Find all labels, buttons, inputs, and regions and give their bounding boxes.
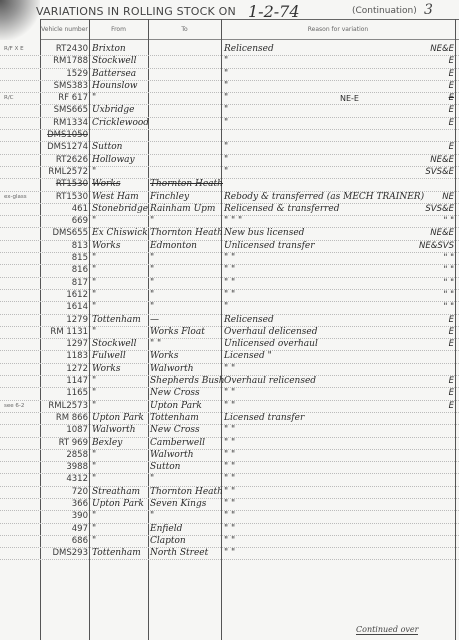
to-location: Walworth	[150, 450, 220, 461]
column-header-vehicle: Vehicle number	[40, 19, 89, 39]
reason-text: " "	[224, 450, 394, 461]
area-code: NE	[398, 192, 454, 203]
vehicle-number: 390	[40, 511, 88, 522]
to-location	[150, 56, 220, 67]
reason-text: " "	[224, 290, 394, 301]
area-code: E	[398, 327, 454, 338]
vehicle-number: 1614	[40, 302, 88, 313]
row-note	[4, 56, 40, 67]
area-code: E	[398, 118, 454, 129]
reason-text: "	[224, 69, 394, 80]
table-row: see 6-2RML2573"Upton Park" "E	[0, 401, 459, 413]
from-location: "	[92, 462, 146, 473]
table-row: 686"Clapton" "	[0, 536, 459, 548]
row-note	[4, 265, 40, 276]
area-code: E	[398, 339, 454, 350]
table-row: 813WorksEdmontonUnlicensed transferNE&SV…	[0, 241, 459, 253]
table-row: 1183FulwellWorksLicensed "	[0, 351, 459, 363]
table-row: R/CRF 617""ENE-E	[0, 93, 459, 105]
reason-text: " "	[224, 536, 394, 547]
reason-text: " "	[224, 388, 394, 399]
area-code	[398, 511, 454, 522]
table-row: RM1788Stockwell"E	[0, 56, 459, 68]
row-note: R/C	[4, 93, 40, 104]
area-code: E	[398, 388, 454, 399]
reason-text: "	[224, 56, 394, 67]
reason-text: Unlicensed transfer	[224, 241, 394, 252]
area-code: " "	[398, 216, 454, 227]
row-note: see 6-2	[4, 401, 40, 412]
from-location: "	[92, 388, 146, 399]
table-row: RT 969BexleyCamberwell" "	[0, 438, 459, 450]
reason-text: " "	[224, 265, 394, 276]
area-code: " "	[398, 278, 454, 289]
vehicle-number: 3988	[40, 462, 88, 473]
from-location: Holloway	[92, 155, 146, 166]
table-row: DMS1274Sutton"E	[0, 142, 459, 154]
row-note	[4, 462, 40, 473]
to-location: —	[150, 315, 220, 326]
to-location: Camberwell	[150, 438, 220, 449]
vehicle-number: 497	[40, 524, 88, 535]
area-code: E	[398, 142, 454, 153]
from-location: "	[92, 511, 146, 522]
page-title: VARIATIONS IN ROLLING STOCK ON	[36, 5, 236, 18]
table-row: 1614"""" "	[0, 302, 459, 314]
area-code	[398, 462, 454, 473]
row-note	[4, 118, 40, 129]
vehicle-number: 1612	[40, 290, 88, 301]
to-location: "	[150, 474, 220, 485]
area-code: " "	[398, 302, 454, 313]
to-location	[150, 130, 220, 141]
vehicle-number: 1087	[40, 425, 88, 436]
vehicle-number: 720	[40, 487, 88, 498]
vehicle-number: RT2626	[40, 155, 88, 166]
from-location: West Ham	[92, 192, 146, 203]
from-location: Brixton	[92, 44, 146, 55]
row-note: R/F X E	[4, 44, 40, 55]
from-location: Stockwell	[92, 56, 146, 67]
area-code	[398, 450, 454, 461]
area-code	[398, 524, 454, 535]
to-location: "	[150, 253, 220, 264]
from-location: Sutton	[92, 142, 146, 153]
from-location: "	[92, 278, 146, 289]
row-note	[4, 388, 40, 399]
table-row: 366Upton ParkSeven Kings" "	[0, 499, 459, 511]
row-note	[4, 142, 40, 153]
row-note	[4, 105, 40, 116]
reason-text: " "	[224, 278, 394, 289]
header-bottom-border	[40, 39, 459, 40]
vehicle-number: DMS1050	[40, 130, 88, 141]
reason-text: " "	[224, 438, 394, 449]
row-note	[4, 351, 40, 362]
to-location: Works Float	[150, 327, 220, 338]
table-row: 1147"Shepherds BushOverhaul relicensedE	[0, 376, 459, 388]
area-code	[398, 179, 454, 190]
reason-text: " "	[224, 462, 394, 473]
scan-shadow	[0, 0, 40, 40]
reason-text: " "	[224, 487, 394, 498]
vehicle-number: 2858	[40, 450, 88, 461]
to-location: Edmonton	[150, 241, 220, 252]
table-row: SMS665Uxbridge"E	[0, 105, 459, 117]
table-row: RT2626Holloway"NE&E	[0, 155, 459, 167]
to-location: New Cross	[150, 388, 220, 399]
column-header-from: From	[89, 19, 148, 39]
continued-note: Continued over	[356, 625, 418, 635]
area-code: NE&E	[398, 44, 454, 55]
reason-text: "	[224, 93, 394, 104]
from-location: "	[92, 376, 146, 387]
to-location: "	[150, 216, 220, 227]
table-row: ex-glassRT1530West HamFinchleyRebody & t…	[0, 192, 459, 204]
table-row: 669""" " "" "	[0, 216, 459, 228]
from-location: Tottenham	[92, 548, 146, 559]
area-code: E	[398, 93, 454, 104]
to-location: "	[150, 290, 220, 301]
table-row: 497"Enfield" "	[0, 524, 459, 536]
from-location: Cricklewood	[92, 118, 146, 129]
area-code	[398, 487, 454, 498]
vehicle-number: SMS383	[40, 81, 88, 92]
row-note	[4, 253, 40, 264]
reason-text: "	[224, 155, 394, 166]
vehicle-number: RF 617	[40, 93, 88, 104]
table-row: DMS655Ex ChiswickThornton HeathNew bus l…	[0, 228, 459, 240]
area-code: SVS&E	[398, 167, 454, 178]
area-code: " "	[398, 290, 454, 301]
row-note	[4, 69, 40, 80]
row-note	[4, 499, 40, 510]
from-location: "	[92, 302, 146, 313]
table-row: 815""" "" "	[0, 253, 459, 265]
page-number: 3	[424, 2, 433, 18]
row-note	[4, 179, 40, 190]
vehicle-number: RM 866	[40, 413, 88, 424]
row-note	[4, 474, 40, 485]
area-code	[398, 351, 454, 362]
row-note	[4, 81, 40, 92]
table-row: 1165"New Cross" "E	[0, 388, 459, 400]
from-location: Battersea	[92, 69, 146, 80]
table-row: 2858"Walworth" "	[0, 450, 459, 462]
area-code: NE&SVS	[398, 241, 454, 252]
to-location: "	[150, 278, 220, 289]
area-code: NE&E	[398, 155, 454, 166]
table-row: SMS383Hounslow"E	[0, 81, 459, 93]
table-row: RM 866Upton ParkTottenhamLicensed transf…	[0, 413, 459, 425]
reason-text: Licensed "	[224, 351, 394, 362]
to-location: Finchley	[150, 192, 220, 203]
reason-text: "	[224, 105, 394, 116]
table-row: RM 1131"Works FloatOverhaul delicensedE	[0, 327, 459, 339]
area-code: NE&E	[398, 228, 454, 239]
row-note	[4, 241, 40, 252]
to-location: Walworth	[150, 364, 220, 375]
row-note	[4, 130, 40, 141]
vehicle-number: DMS1274	[40, 142, 88, 153]
to-location: Sutton	[150, 462, 220, 473]
vehicle-number: 813	[40, 241, 88, 252]
vehicle-number: 686	[40, 536, 88, 547]
to-location: Enfield	[150, 524, 220, 535]
from-location: Upton Park	[92, 499, 146, 510]
area-code	[398, 364, 454, 375]
vehicle-number: RT2430	[40, 44, 88, 55]
reason-text: " "	[224, 524, 394, 535]
from-location: Stonebridge	[92, 204, 146, 215]
to-location: New Cross	[150, 425, 220, 436]
reason-text: New bus licensed	[224, 228, 394, 239]
to-location: " "	[150, 339, 220, 350]
area-code: E	[398, 105, 454, 116]
reason-text: " "	[224, 511, 394, 522]
row-note	[4, 450, 40, 461]
area-code	[398, 536, 454, 547]
area-code	[398, 413, 454, 424]
area-code	[398, 548, 454, 559]
to-location: North Street	[150, 548, 220, 559]
from-location: "	[92, 524, 146, 535]
from-location: "	[92, 253, 146, 264]
reason-text: " "	[224, 425, 394, 436]
to-location: Upton Park	[150, 401, 220, 412]
area-code	[398, 499, 454, 510]
vehicle-number: RT 969	[40, 438, 88, 449]
to-location	[150, 142, 220, 153]
from-location: Ex Chiswick	[92, 228, 146, 239]
row-note	[4, 228, 40, 239]
from-location: Works	[92, 241, 146, 252]
vehicle-number: 816	[40, 265, 88, 276]
table-row: 720StreathamThornton Heath" "	[0, 487, 459, 499]
from-location: Streatham	[92, 487, 146, 498]
vehicle-number: RT1530	[40, 192, 88, 203]
row-note	[4, 425, 40, 436]
vehicle-number: RM 1131	[40, 327, 88, 338]
to-location: Rainham Upm	[150, 204, 220, 215]
reason-text	[224, 130, 394, 141]
row-note	[4, 155, 40, 166]
reason-text: "	[224, 118, 394, 129]
vehicle-number: RML2573	[40, 401, 88, 412]
area-code	[398, 474, 454, 485]
vehicle-number: 1279	[40, 315, 88, 326]
from-location: Upton Park	[92, 413, 146, 424]
vehicle-number: 669	[40, 216, 88, 227]
table-row: 816""" "" "	[0, 265, 459, 277]
vehicle-number: RML2572	[40, 167, 88, 178]
to-location	[150, 118, 220, 129]
reason-text: "	[224, 81, 394, 92]
to-location: Works	[150, 351, 220, 362]
reason-text: Relicensed & transferred	[224, 204, 394, 215]
from-location: Walworth	[92, 425, 146, 436]
reason-text: " "	[224, 364, 394, 375]
vehicle-number: DMS655	[40, 228, 88, 239]
table-row: 390""" "	[0, 511, 459, 523]
to-location	[150, 93, 220, 104]
area-code: E	[398, 376, 454, 387]
vehicle-number: RT1530	[40, 179, 88, 190]
table-row: 1529Battersea"E	[0, 69, 459, 81]
reason-text: Licensed transfer	[224, 413, 394, 424]
vehicle-number: 1165	[40, 388, 88, 399]
area-code: E	[398, 69, 454, 80]
vehicle-number: 815	[40, 253, 88, 264]
vehicle-number: 461	[40, 204, 88, 215]
ledger-page: VARIATIONS IN ROLLING STOCK ON 1-2-74 (C…	[0, 0, 459, 640]
from-location: "	[92, 167, 146, 178]
from-location: Uxbridge	[92, 105, 146, 116]
from-location: Fulwell	[92, 351, 146, 362]
to-location: Thornton Heath	[150, 487, 220, 498]
to-location: Thornton Heath	[150, 228, 220, 239]
from-location: "	[92, 290, 146, 301]
table-row: 1612""" "" "	[0, 290, 459, 302]
to-location: "	[150, 302, 220, 313]
to-location	[150, 167, 220, 178]
table-row: DMS293TottenhamNorth Street" "	[0, 548, 459, 560]
table-row: RT1530WorksThornton Heath	[0, 179, 459, 191]
to-location	[150, 81, 220, 92]
to-location: Shepherds Bush	[150, 376, 220, 387]
table-row: 1297Stockwell" "Unlicensed overhaulE	[0, 339, 459, 351]
to-location: Seven Kings	[150, 499, 220, 510]
row-note	[4, 302, 40, 313]
margin-annotation: NE-E	[340, 93, 359, 104]
row-note	[4, 204, 40, 215]
vehicle-number: RM1334	[40, 118, 88, 129]
table-row: DMS1050	[0, 130, 459, 142]
from-location: Works	[92, 364, 146, 375]
continuation-label: (Continuation)	[352, 6, 417, 16]
from-location: "	[92, 327, 146, 338]
vehicle-number: 1183	[40, 351, 88, 362]
reason-text: Relicensed	[224, 44, 394, 55]
row-note	[4, 278, 40, 289]
vehicle-number: SMS665	[40, 105, 88, 116]
row-note	[4, 327, 40, 338]
vehicle-number: 817	[40, 278, 88, 289]
from-location: "	[92, 474, 146, 485]
vehicle-number: 1529	[40, 69, 88, 80]
row-note	[4, 524, 40, 535]
from-location: "	[92, 93, 146, 104]
vehicle-number: 1272	[40, 364, 88, 375]
from-location: "	[92, 536, 146, 547]
from-location: Bexley	[92, 438, 146, 449]
area-code: E	[398, 401, 454, 412]
to-location: Clapton	[150, 536, 220, 547]
row-note	[4, 438, 40, 449]
row-note	[4, 376, 40, 387]
from-location: Works	[92, 179, 146, 190]
table-row: R/F X ERT2430BrixtonRelicensedNE&E	[0, 44, 459, 56]
vehicle-number: 366	[40, 499, 88, 510]
ledger-rows: R/F X ERT2430BrixtonRelicensedNE&ERM1788…	[0, 44, 459, 560]
to-location: Tottenham	[150, 413, 220, 424]
row-note	[4, 536, 40, 547]
table-row: 817""" "" "	[0, 278, 459, 290]
reason-text: Relicensed	[224, 315, 394, 326]
reason-text: "	[224, 302, 394, 313]
reason-text: " "	[224, 548, 394, 559]
to-location	[150, 44, 220, 55]
table-row: 4312""" "	[0, 474, 459, 486]
column-header-reason: Reason for variation	[221, 19, 455, 39]
from-location: "	[92, 216, 146, 227]
area-code: E	[398, 56, 454, 67]
from-location: "	[92, 401, 146, 412]
vehicle-number: 4312	[40, 474, 88, 485]
row-note	[4, 339, 40, 350]
table-row: 3988"Sutton" "	[0, 462, 459, 474]
vehicle-number: 1147	[40, 376, 88, 387]
to-location	[150, 155, 220, 166]
area-code	[398, 425, 454, 436]
row-note	[4, 216, 40, 227]
reason-text: " "	[224, 474, 394, 485]
row-note	[4, 413, 40, 424]
row-note	[4, 290, 40, 301]
reason-text: Rebody & transferred (as MECH TRAINER)	[224, 192, 394, 203]
to-location: "	[150, 265, 220, 276]
to-location: "	[150, 511, 220, 522]
reason-text: " " "	[224, 216, 394, 227]
to-location	[150, 105, 220, 116]
area-code	[398, 130, 454, 141]
table-row: 1272WorksWalworth" "	[0, 364, 459, 376]
to-location: Thornton Heath	[150, 179, 220, 190]
table-row: 1279Tottenham—RelicensedE	[0, 315, 459, 327]
table-row: 1087WalworthNew Cross" "	[0, 425, 459, 437]
vehicle-number: DMS293	[40, 548, 88, 559]
reason-text: " "	[224, 401, 394, 412]
area-code: " "	[398, 253, 454, 264]
reason-text: "	[224, 142, 394, 153]
from-location: "	[92, 450, 146, 461]
from-location: "	[92, 265, 146, 276]
area-code	[398, 438, 454, 449]
area-code: " "	[398, 265, 454, 276]
vehicle-number: 1297	[40, 339, 88, 350]
table-row: 461StonebridgeRainham UpmRelicensed & tr…	[0, 204, 459, 216]
vehicle-number: RM1788	[40, 56, 88, 67]
row-note	[4, 167, 40, 178]
row-note	[4, 548, 40, 559]
reason-text	[224, 179, 394, 190]
row-note	[4, 511, 40, 522]
to-location	[150, 69, 220, 80]
from-location: Hounslow	[92, 81, 146, 92]
row-note	[4, 315, 40, 326]
from-location: Stockwell	[92, 339, 146, 350]
reason-text: Unlicensed overhaul	[224, 339, 394, 350]
reason-text: Overhaul delicensed	[224, 327, 394, 338]
reason-text: "	[224, 167, 394, 178]
reason-text: Overhaul relicensed	[224, 376, 394, 387]
row-note	[4, 487, 40, 498]
table-row: RM1334Cricklewood"E	[0, 118, 459, 130]
area-code: E	[398, 81, 454, 92]
column-header-to: To	[148, 19, 221, 39]
from-location: Tottenham	[92, 315, 146, 326]
area-code: E	[398, 315, 454, 326]
